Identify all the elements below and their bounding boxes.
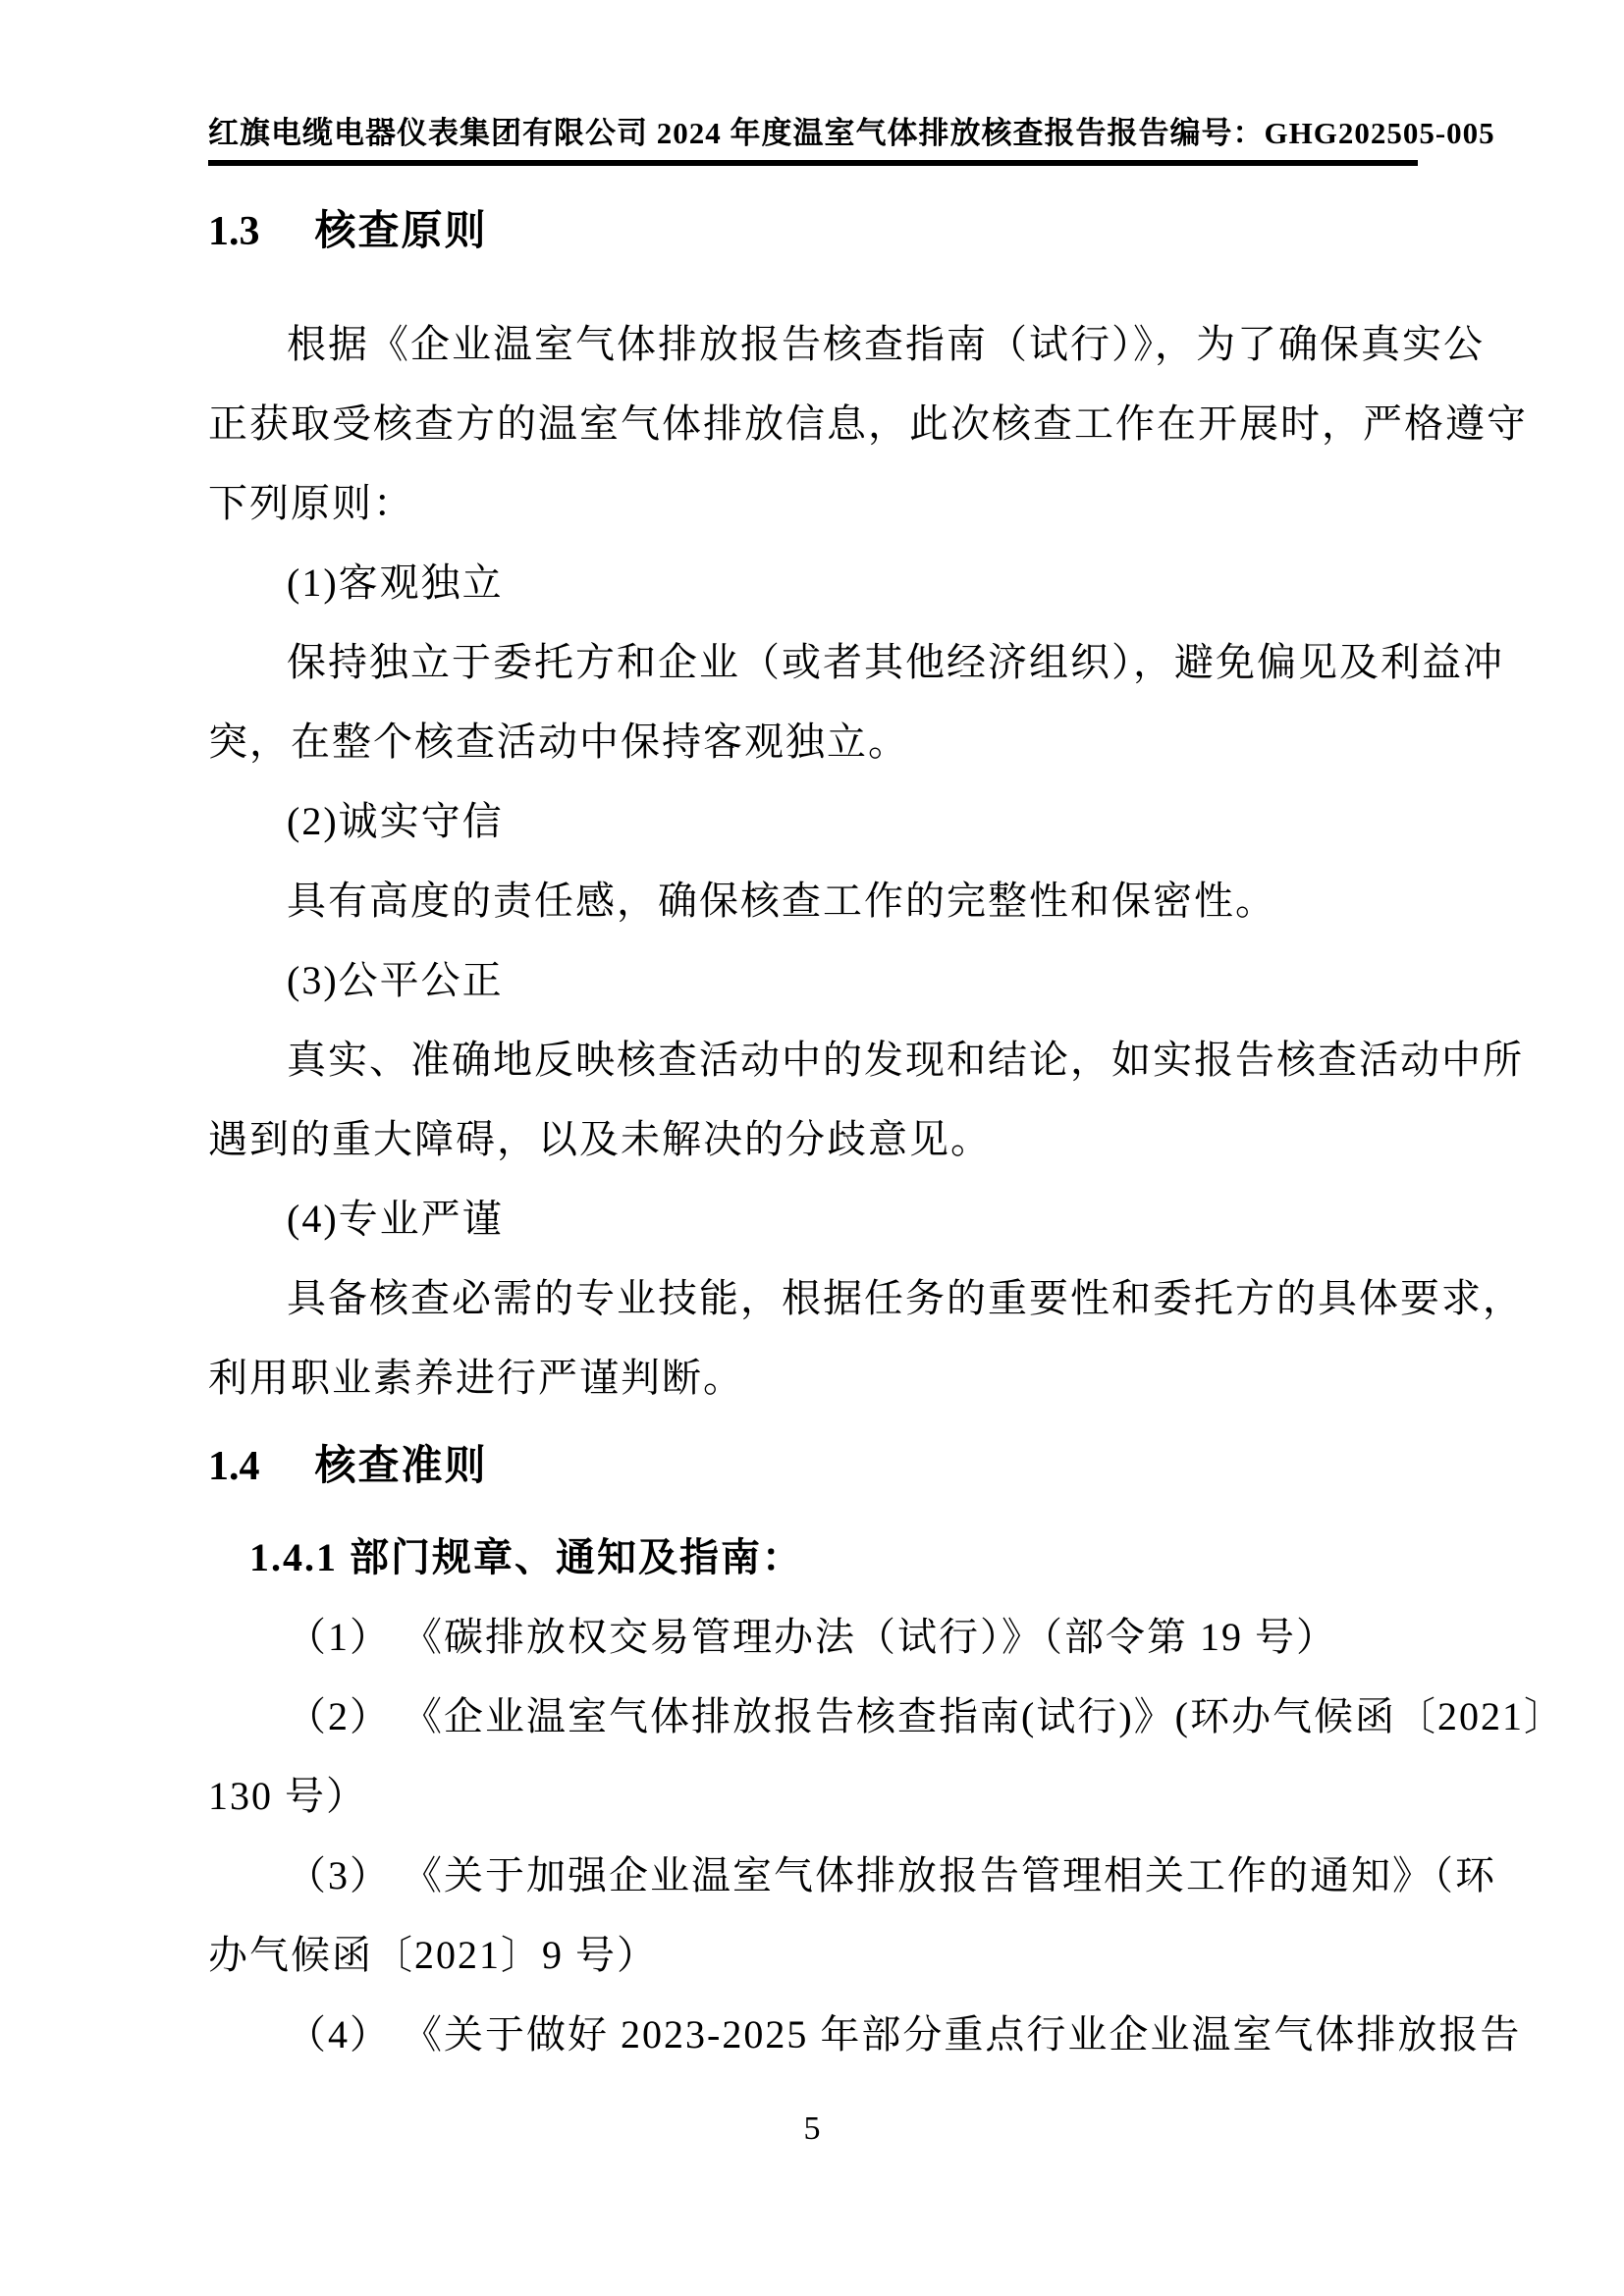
section-title: 核查原则	[315, 209, 488, 254]
page-number: 5	[0, 2110, 1624, 2148]
body-text-line: 办气候函〔2021〕9 号）	[208, 1915, 1419, 1995]
body-text-line: 遇到的重大障碍，以及未解决的分歧意见。	[208, 1099, 1419, 1179]
body-text-line: （4） 《关于做好 2023-2025 年部分重点行业企业温室气体排放报告	[208, 1995, 1419, 2074]
subsection-heading-1-4-1: 1.4.1 部门规章、通知及指南：	[208, 1528, 1419, 1587]
section-number: 1.4	[208, 1437, 260, 1496]
body-text-line: 利用职业素养进行严谨判断。	[208, 1338, 1419, 1417]
body-text-line: (2)诚实守信	[208, 781, 1419, 861]
document-page: 红旗电缆电器仪表集团有限公司 2024 年度温室气体排放核查报告 报告编号：GH…	[0, 0, 1624, 2296]
section-heading-1-3: 1.3核查原则	[208, 202, 1419, 261]
body-text-line: 根据《企业温室气体排放报告核查指南（试行）》，为了确保真实公	[208, 304, 1419, 384]
section-title: 核查准则	[315, 1444, 488, 1489]
section-heading-1-4: 1.4核查准则	[208, 1437, 1419, 1496]
document-body: 1.3核查原则 根据《企业温室气体排放报告核查指南（试行）》，为了确保真实公 正…	[208, 0, 1419, 2074]
body-text-line: 130 号）	[208, 1756, 1419, 1836]
body-text-line: (4)专业严谨	[208, 1179, 1419, 1258]
section-number: 1.3	[208, 202, 260, 261]
body-text-line: （1） 《碳排放权交易管理办法（试行）》（部令第 19 号）	[208, 1597, 1419, 1677]
body-text-line: 正获取受核查方的温室气体排放信息，此次核查工作在开展时，严格遵守	[208, 384, 1419, 463]
body-text-line: 突，在整个核查活动中保持客观独立。	[208, 702, 1419, 781]
body-text-line: 下列原则：	[208, 463, 1419, 543]
body-text-line: 真实、准确地反映核查活动中的发现和结论，如实报告核查活动中所	[208, 1020, 1419, 1099]
body-text-line: 具有高度的责任感，确保核查工作的完整性和保密性。	[208, 861, 1419, 940]
body-text-line: （3） 《关于加强企业温室气体排放报告管理相关工作的通知》（环	[208, 1836, 1419, 1915]
body-text-line: 具备核查必需的专业技能，根据任务的重要性和委托方的具体要求，	[208, 1258, 1419, 1338]
body-text-line: (1)客观独立	[208, 543, 1419, 622]
body-text-line: (3)公平公正	[208, 940, 1419, 1020]
body-text-line: 保持独立于委托方和企业（或者其他经济组织），避免偏见及利益冲	[208, 622, 1419, 702]
body-text-line: （2） 《企业温室气体排放报告核查指南(试行)》(环办气候函〔2021〕	[208, 1677, 1419, 1756]
